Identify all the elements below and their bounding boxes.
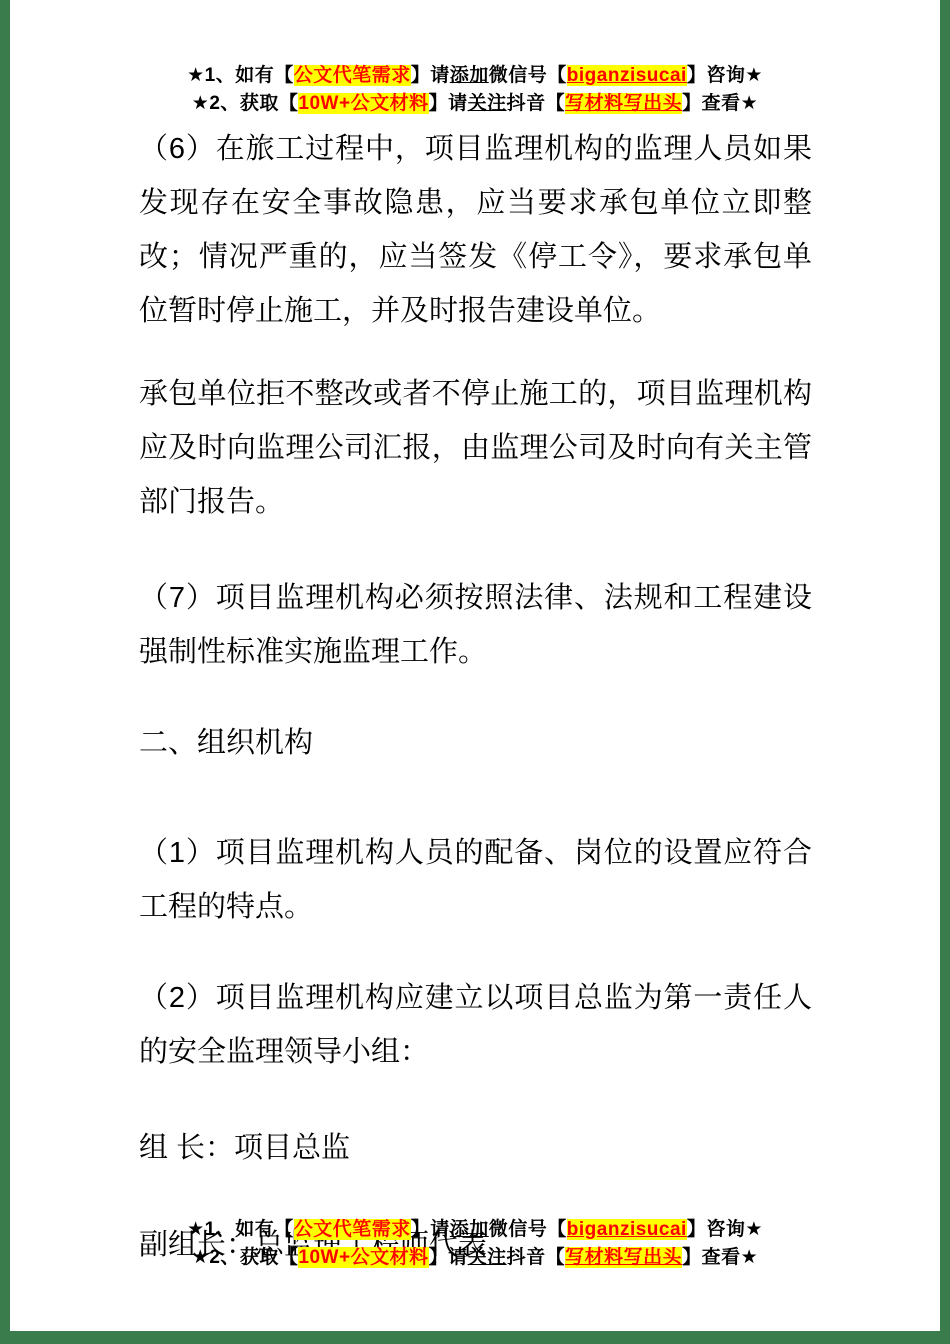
promo-text: 】咨询★ [687, 1219, 763, 1240]
promo-underline-follow: 关注 [468, 1247, 507, 1268]
viewer-background-right-edge [940, 0, 950, 1344]
promo-text: 】请 [429, 93, 468, 114]
promo-douyin-id: 写材料写出头 [565, 93, 682, 114]
promo-highlight-service: 公文代笔需求 [294, 1219, 411, 1240]
promo-highlight-service: 公文代笔需求 [294, 65, 411, 86]
promo-wechat-id: biganzisucai [567, 65, 687, 86]
promo-line-2: ★2、获取【10W+公文材料】请关注抖音【写材料写出头】查看★ [0, 90, 950, 118]
promo-highlight-materials: 10W+公文材料 [298, 1247, 428, 1268]
promo-wechat-id: biganzisucai [567, 1219, 687, 1240]
line-group-leader: 组 长：项目总监 [139, 1121, 812, 1175]
document-body: （6）在旅工过程中，项目监理机构的监理人员如果发现存在安全事故隐患，应当要求承包… [139, 122, 812, 1272]
promo-text: 】查看★ [682, 1247, 758, 1268]
promo-douyin-id: 写材料写出头 [565, 1247, 682, 1268]
viewer-background-left-edge [0, 0, 10, 1344]
promo-text: 抖音【 [507, 1247, 566, 1268]
promo-text: ★2、获取【 [192, 1247, 299, 1268]
paragraph-6: （6）在旅工过程中，项目监理机构的监理人员如果发现存在安全事故隐患，应当要求承包… [139, 122, 812, 338]
promo-text: 】请 [429, 1247, 468, 1268]
paragraph-7: （7）项目监理机构必须按照法律、法规和工程建设强制性标准实施监理工作。 [139, 571, 812, 679]
promo-text: 微信号【 [489, 65, 567, 86]
promo-text: ★1、如有【 [187, 1219, 294, 1240]
promo-text: 】请 [411, 1219, 450, 1240]
paragraph-continuation: 承包单位拒不整改或者不停止施工的，项目监理机构应及时向监理公司汇报，由监理公司及… [139, 367, 812, 529]
promo-text: 】咨询★ [687, 65, 763, 86]
promo-text: 】查看★ [682, 93, 758, 114]
promo-line-2: ★2、获取【10W+公文材料】请关注抖音【写材料写出头】查看★ [0, 1244, 950, 1272]
promo-line-1: ★1、如有【公文代笔需求】请添加微信号【biganzisucai】咨询★ [0, 1216, 950, 1244]
promo-underline-follow: 关注 [468, 93, 507, 114]
promo-text: 】请 [411, 65, 450, 86]
document-page: ★1、如有【公文代笔需求】请添加微信号【biganzisucai】咨询★ ★2、… [0, 0, 950, 1344]
promo-underline-add: 添加 [450, 1219, 489, 1240]
promo-banner-top: ★1、如有【公文代笔需求】请添加微信号【biganzisucai】咨询★ ★2、… [0, 62, 950, 118]
paragraph-org-2: （2）项目监理机构应建立以项目总监为第一责任人的安全监理领导小组： [139, 971, 812, 1079]
promo-banner-bottom: ★1、如有【公文代笔需求】请添加微信号【biganzisucai】咨询★ ★2、… [0, 1216, 950, 1272]
promo-line-1: ★1、如有【公文代笔需求】请添加微信号【biganzisucai】咨询★ [0, 62, 950, 90]
promo-text: 抖音【 [507, 93, 566, 114]
promo-text: ★1、如有【 [187, 65, 294, 86]
promo-underline-add: 添加 [450, 65, 489, 86]
promo-text: ★2、获取【 [192, 93, 299, 114]
promo-highlight-materials: 10W+公文材料 [298, 93, 428, 114]
viewer-background-bottom-edge [0, 1331, 950, 1344]
promo-text: 微信号【 [489, 1219, 567, 1240]
paragraph-org-1: （1）项目监理机构人员的配备、岗位的设置应符合工程的特点。 [139, 826, 812, 934]
section-heading-organization: 二、组织机构 [139, 716, 812, 770]
